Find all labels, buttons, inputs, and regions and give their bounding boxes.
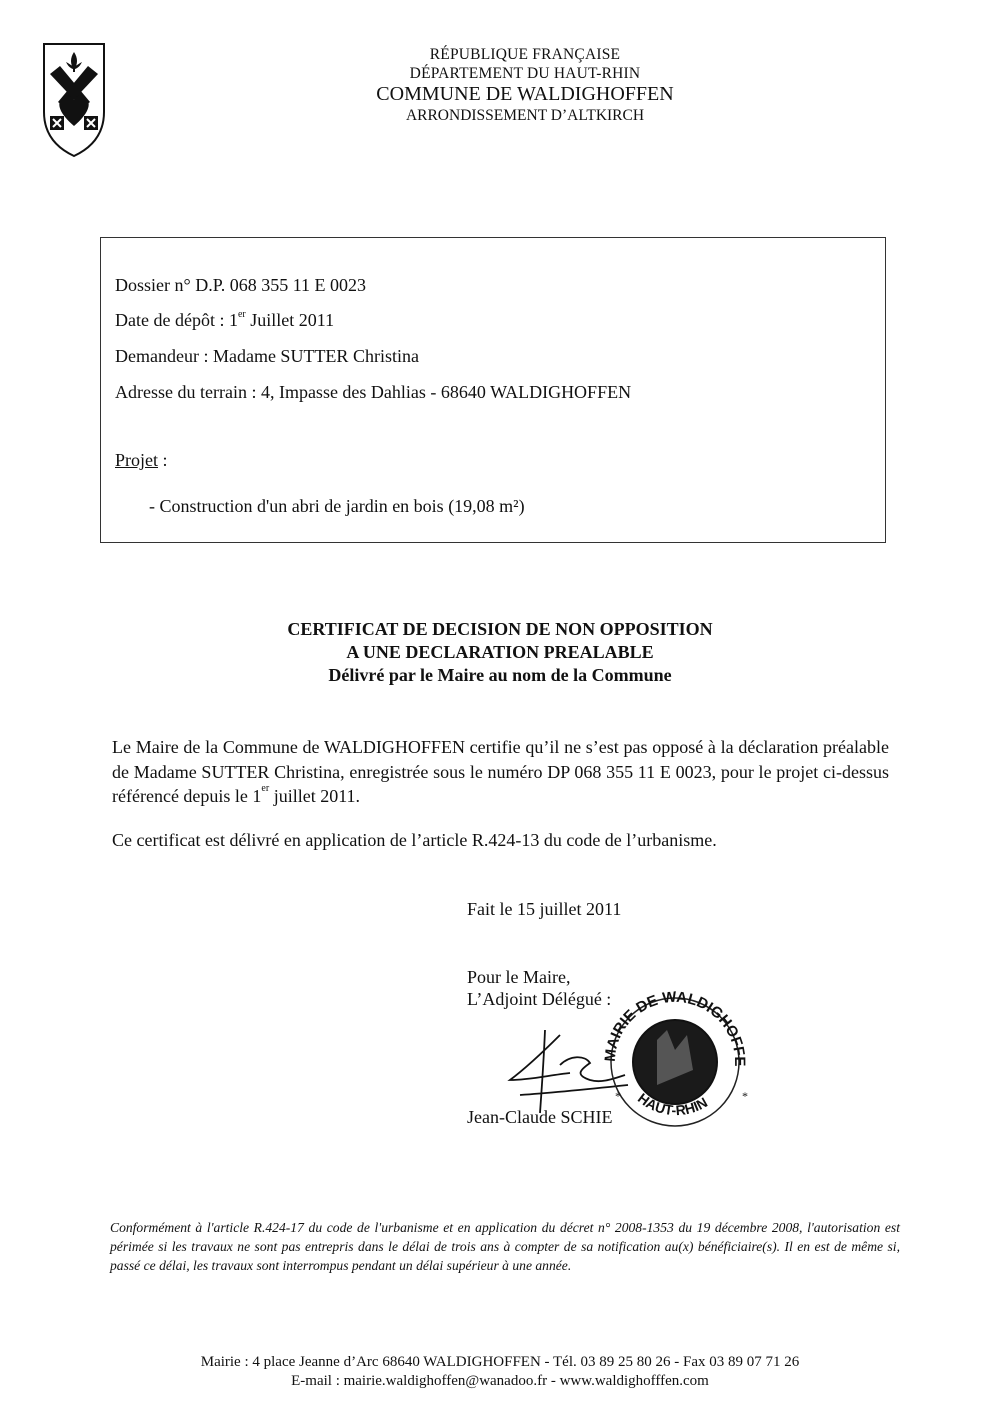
footer: Mairie : 4 place Jeanne d’Arc 68640 WALD… — [100, 1353, 900, 1391]
project-item: - Construction d'un abri de jardin en bo… — [149, 496, 525, 517]
dossier-number: Dossier n° D.P. 068 355 11 E 0023 — [115, 275, 366, 296]
footer-contact: E-mail : mairie.waldighoffen@wanadoo.fr … — [100, 1372, 900, 1391]
project-label: Projet : — [115, 450, 168, 471]
land-address: Adresse du terrain : 4, Impasse des Dahl… — [115, 382, 631, 403]
paragraph-main: Le Maire de la Commune de WALDIGHOFFEN c… — [112, 737, 889, 806]
deposit-date-prefix: Date de dépôt : 1 — [115, 310, 238, 330]
certificate-title: CERTIFICAT DE DECISION DE NON OPPOSITION… — [200, 618, 800, 687]
official-stamp-icon: MAIRIE DE WALDIGHOFFEN HAUT-RHIN * * — [597, 990, 752, 1130]
commune-line: COMMUNE DE WALDIGHOFFEN — [300, 83, 750, 106]
legal-notice: Conformément à l'article R.424-17 du cod… — [110, 1218, 900, 1275]
svg-text:*: * — [615, 1089, 621, 1103]
footer-address: Mairie : 4 place Jeanne d’Arc 68640 WALD… — [100, 1353, 900, 1372]
svg-text:*: * — [742, 1089, 748, 1103]
arrondissement-line: ARRONDISSEMENT D’ALTKIRCH — [300, 106, 750, 125]
applicant: Demandeur : Madame SUTTER Christina — [115, 346, 419, 367]
coat-of-arms-icon — [42, 42, 106, 158]
legal-basis-paragraph: Ce certificat est délivré en application… — [112, 828, 889, 853]
dossier-box: Dossier n° D.P. 068 355 11 E 0023 Date d… — [100, 237, 886, 543]
project-label-text: Projet — [115, 450, 158, 470]
department-line: DÉPARTEMENT DU HAUT-RHIN — [300, 64, 750, 83]
title-line-3: Délivré par le Maire au nom de la Commun… — [200, 664, 800, 687]
deposit-date: Date de dépôt : 1er Juillet 2011 — [115, 310, 334, 331]
for-mayor: Pour le Maire, — [467, 966, 611, 988]
signatory-role: Pour le Maire, L’Adjoint Délégué : — [467, 966, 611, 1010]
paragraph-end: juillet 2011. — [269, 786, 360, 806]
republic-line: RÉPUBLIQUE FRANÇAISE — [300, 45, 750, 64]
certification-paragraph: Le Maire de la Commune de WALDIGHOFFEN c… — [112, 735, 889, 809]
title-line-2: A UNE DECLARATION PREALABLE — [200, 641, 800, 664]
title-line-1: CERTIFICAT DE DECISION DE NON OPPOSITION — [200, 618, 800, 641]
project-label-colon: : — [158, 450, 168, 470]
deputy-title: L’Adjoint Délégué : — [467, 988, 611, 1010]
deposit-date-suffix: Juillet 2011 — [246, 310, 334, 330]
letterhead: RÉPUBLIQUE FRANÇAISE DÉPARTEMENT DU HAUT… — [300, 45, 750, 125]
signature-date: Fait le 15 juillet 2011 — [467, 898, 621, 920]
deposit-date-sup: er — [238, 309, 246, 320]
